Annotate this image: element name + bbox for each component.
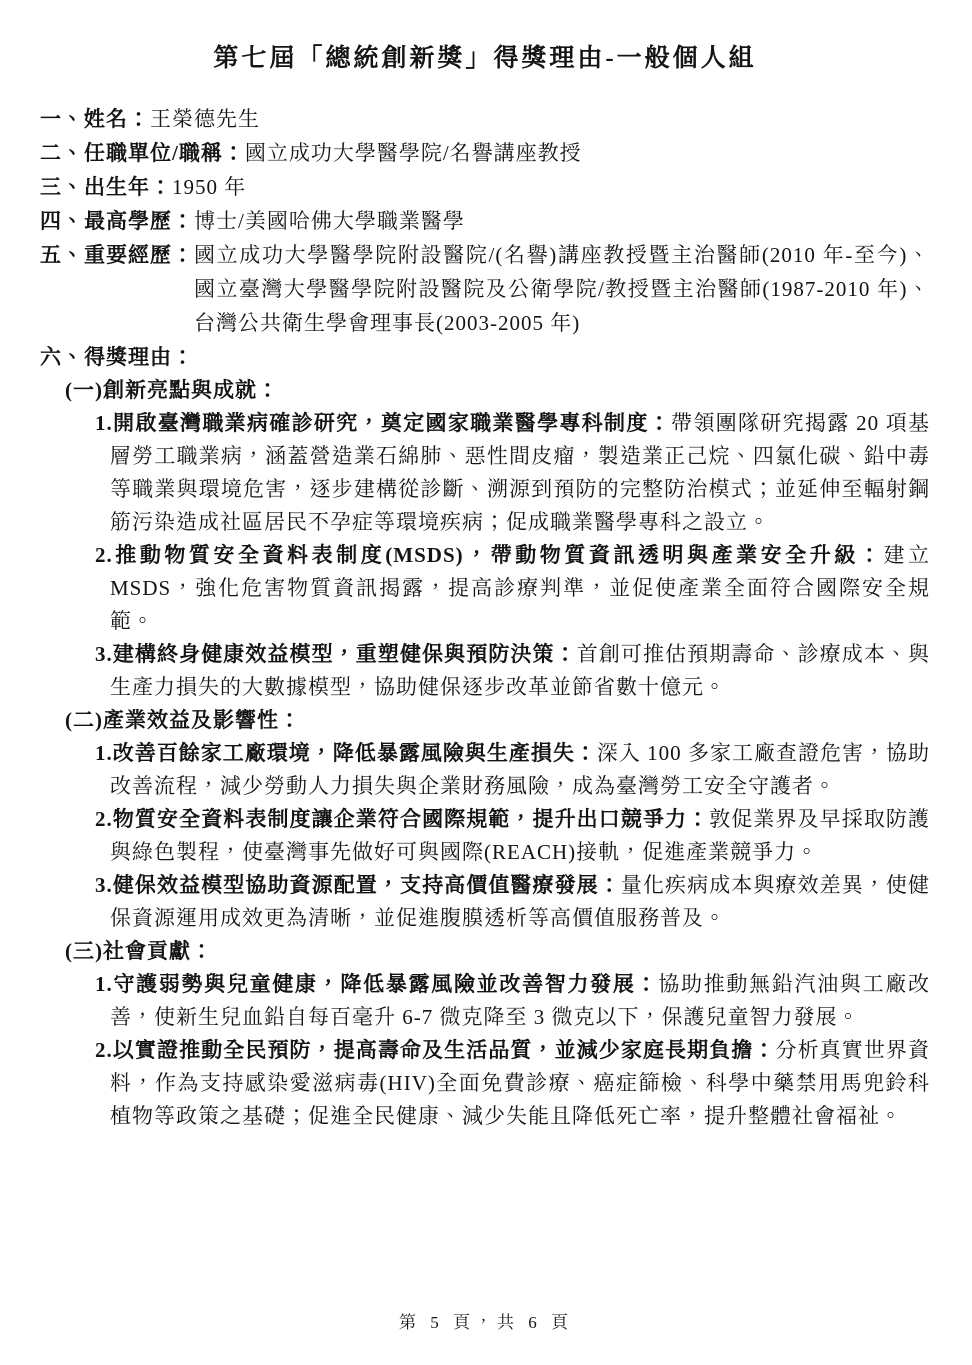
field-experience-value: 國立成功大學醫學院附設醫院/(名譽)講座教授暨主治醫師(2010 年-至今)、國… — [194, 238, 930, 340]
field-name-label: 一、姓名： — [40, 102, 150, 136]
social-item-1: 1.守護弱勢與兒童健康，降低暴露風險並改善智力發展：協助推動無鉛汽油與工廠改善，… — [40, 968, 930, 1034]
page-number: 第 5 頁，共 6 頁 — [0, 1308, 972, 1333]
field-employer-title-label: 二、任職單位/職稱： — [40, 136, 245, 170]
industry-item-2-title: 2.物質安全資料表制度讓企業符合國際規範，提升出口競爭力： — [95, 807, 709, 831]
subsection-social-heading: (三)社會貢獻： — [40, 935, 930, 968]
field-education-label: 四、最高學歷： — [40, 204, 194, 238]
field-name: 一、姓名：王榮德先生 — [40, 102, 930, 136]
field-birth-year-label: 三、出生年： — [40, 170, 172, 204]
field-birth-year: 三、出生年：1950 年 — [40, 170, 930, 204]
industry-item-1-title: 1.改善百餘家工廠環境，降低暴露風險與生產損失： — [95, 741, 597, 765]
field-education: 四、最高學歷：博士/美國哈佛大學職業醫學 — [40, 204, 930, 238]
subsection-industry-heading: (二)產業效益及影響性： — [40, 704, 930, 737]
innovation-item-1: 1.開啟臺灣職業病確診研究，奠定國家職業醫學專科制度：帶領團隊研究揭露 20 項… — [40, 407, 930, 539]
field-experience-label: 五、重要經歷： — [40, 238, 194, 340]
award-reasons-heading: 六、得獎理由： — [40, 340, 930, 374]
industry-item-1: 1.改善百餘家工廠環境，降低暴露風險與生產損失：深入 100 多家工廠查證危害，… — [40, 737, 930, 803]
social-item-1-title: 1.守護弱勢與兒童健康，降低暴露風險並改善智力發展： — [95, 972, 658, 996]
innovation-item-2: 2.推動物質安全資料表制度(MSDS)，帶動物質資訊透明與產業安全升級：建立 M… — [40, 539, 930, 638]
innovation-item-1-title: 1.開啟臺灣職業病確診研究，奠定國家職業醫學專科制度： — [95, 411, 671, 435]
document-page: 第七屆「總統創新獎」得獎理由-一般個人組 一、姓名：王榮德先生 二、任職單位/職… — [0, 0, 972, 1365]
innovation-item-2-title: 2.推動物質安全資料表制度(MSDS)，帶動物質資訊透明與產業安全升級： — [95, 543, 883, 567]
innovation-item-3-title: 3.建構終身健康效益模型，重塑健保與預防決策： — [95, 642, 577, 666]
innovation-item-3: 3.建構終身健康效益模型，重塑健保與預防決策：首創可推估預期壽命、診療成本、與生… — [40, 638, 930, 704]
subsection-innovation-heading: (一)創新亮點與成就： — [40, 374, 930, 407]
field-employer-title: 二、任職單位/職稱：國立成功大學醫學院/名譽講座教授 — [40, 136, 930, 170]
industry-item-2: 2.物質安全資料表制度讓企業符合國際規範，提升出口競爭力：敦促業界及早採取防護與… — [40, 803, 930, 869]
industry-item-3: 3.健保效益模型協助資源配置，支持高價值醫療發展：量化疾病成本與療效差異，使健保… — [40, 869, 930, 935]
social-item-2: 2.以實證推動全民預防，提高壽命及生活品質，並減少家庭長期負擔：分析真實世界資料… — [40, 1034, 930, 1133]
field-education-value: 博士/美國哈佛大學職業醫學 — [194, 204, 930, 238]
industry-item-3-title: 3.健保效益模型協助資源配置，支持高價值醫療發展： — [95, 873, 621, 897]
field-birth-year-value: 1950 年 — [172, 170, 930, 204]
social-item-2-title: 2.以實證推動全民預防，提高壽命及生活品質，並減少家庭長期負擔： — [95, 1038, 775, 1062]
field-experience: 五、重要經歷：國立成功大學醫學院附設醫院/(名譽)講座教授暨主治醫師(2010 … — [40, 238, 930, 340]
field-name-value: 王榮德先生 — [150, 102, 930, 136]
field-employer-title-value: 國立成功大學醫學院/名譽講座教授 — [245, 136, 930, 170]
page-title: 第七屆「總統創新獎」得獎理由-一般個人組 — [40, 42, 930, 76]
